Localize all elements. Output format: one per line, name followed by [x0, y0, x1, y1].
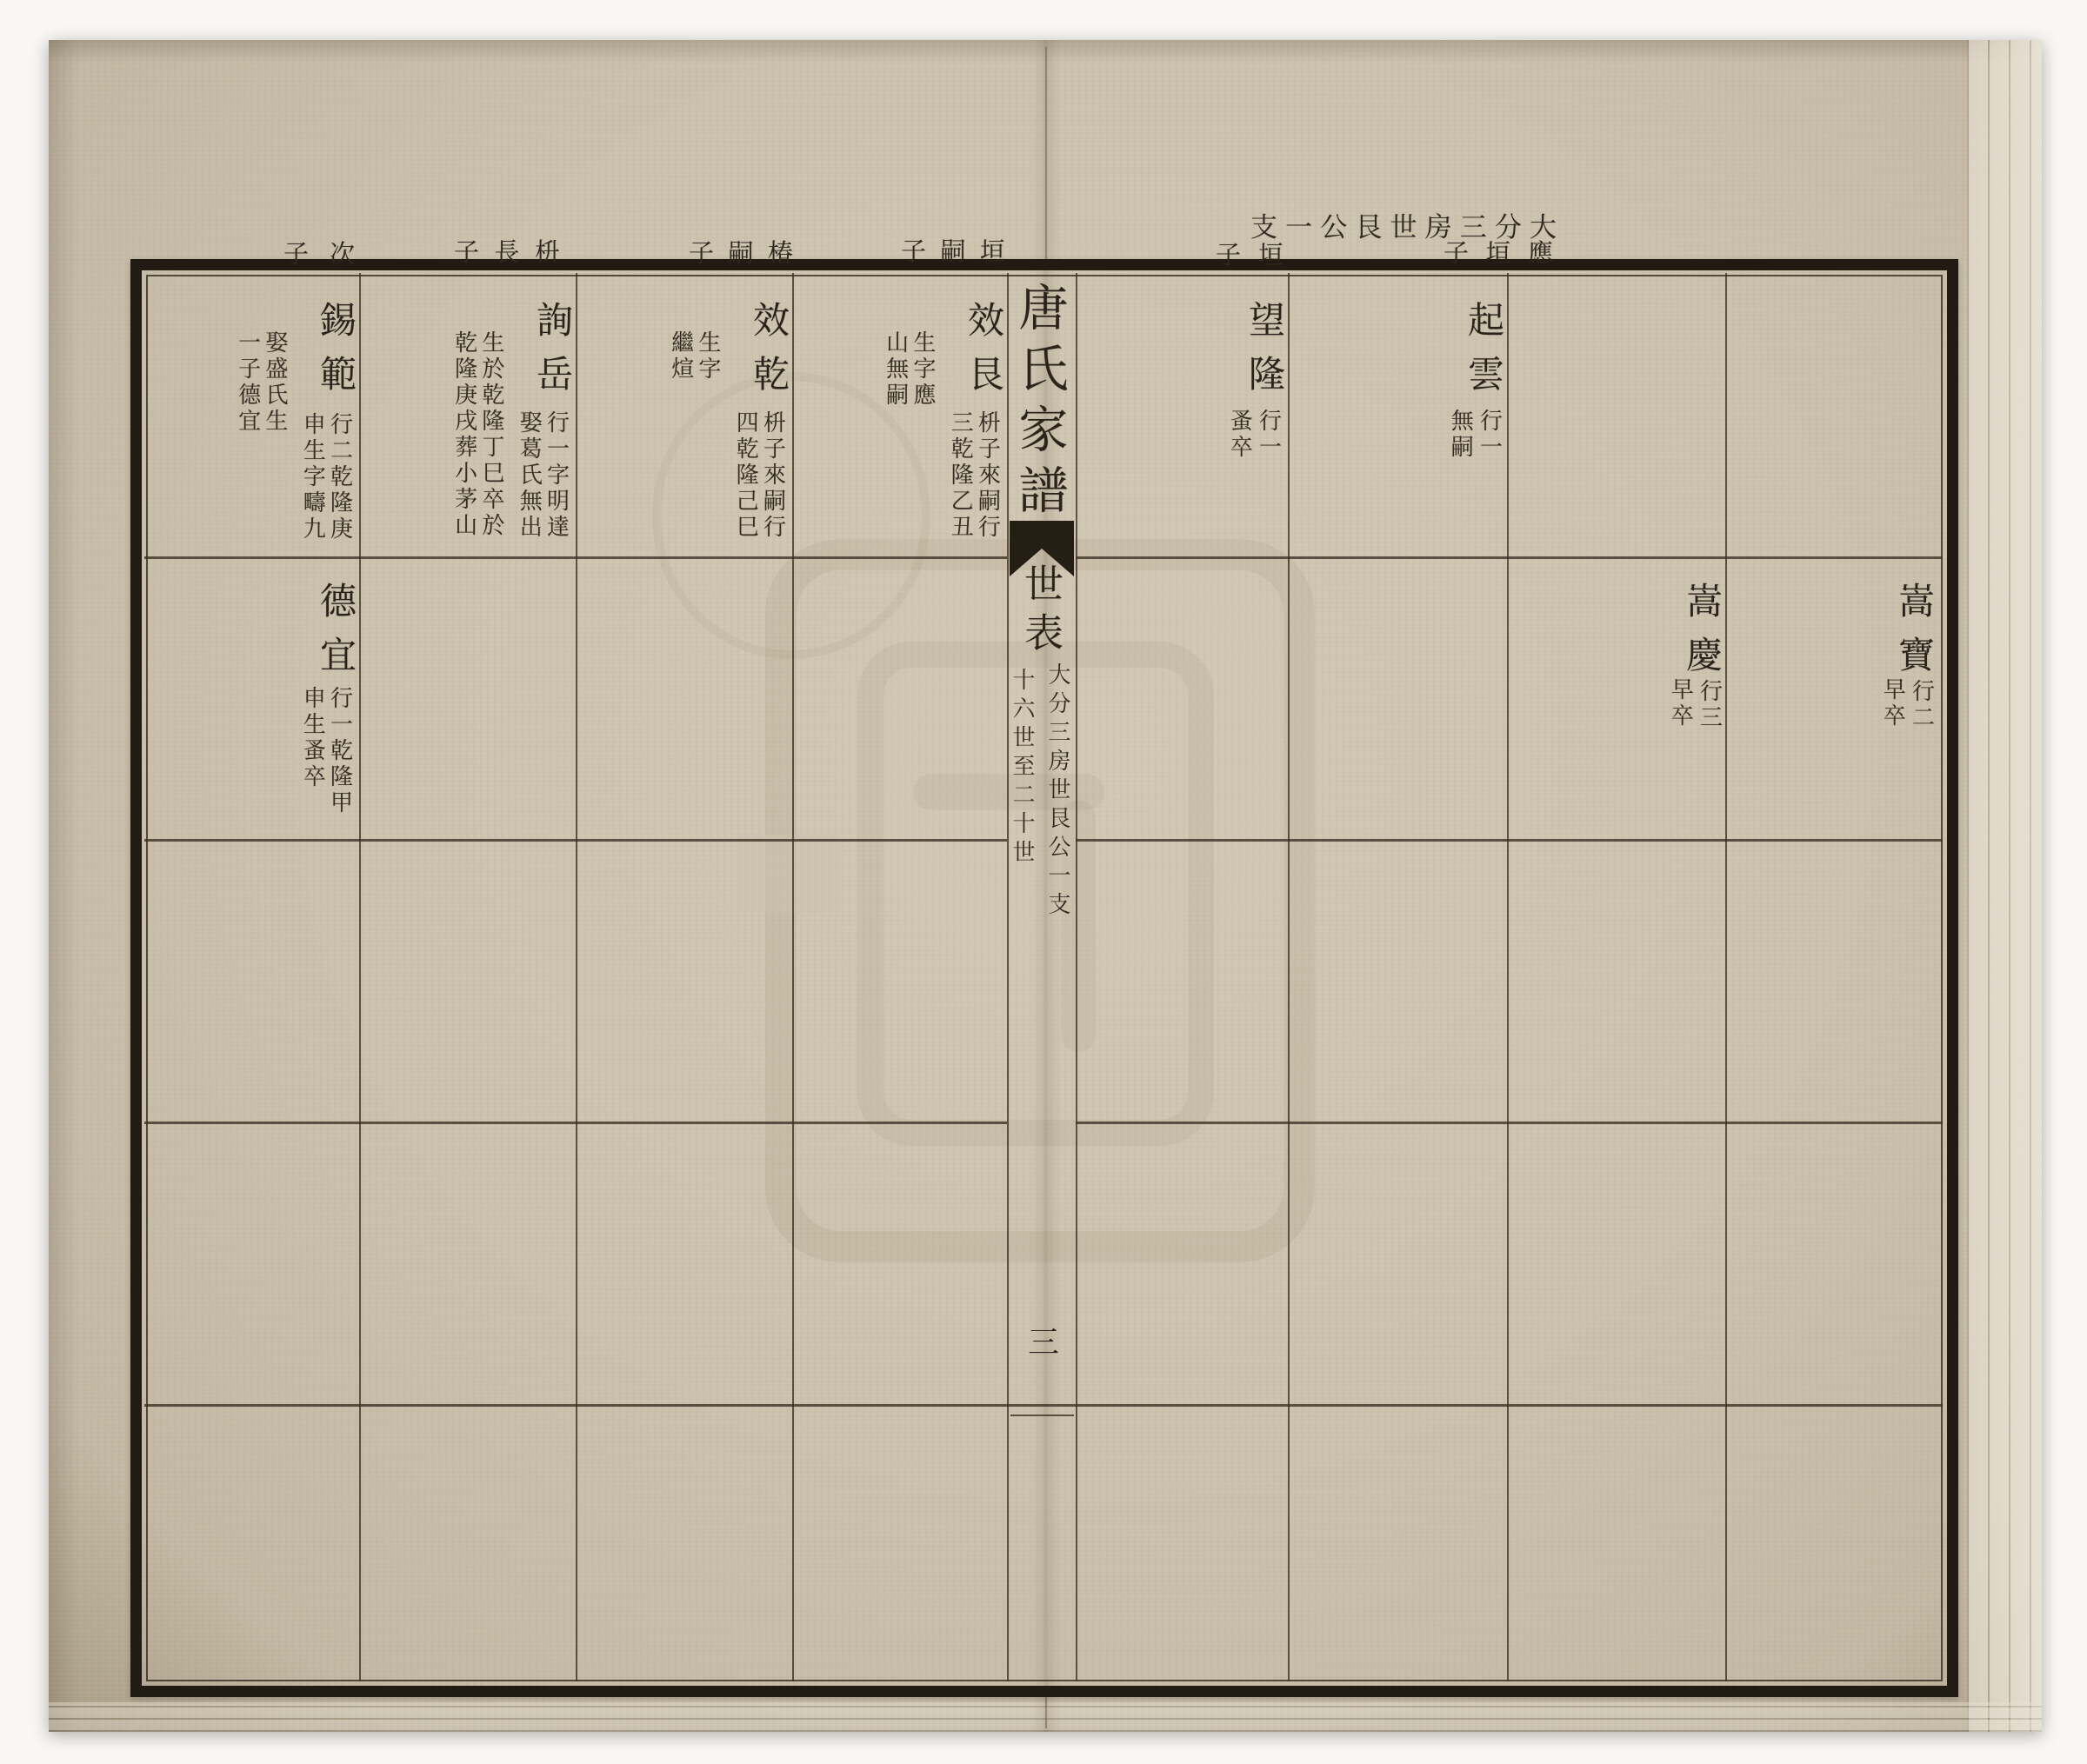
father-label: 枡長子 — [454, 233, 560, 269]
table-grid-line — [144, 1404, 1943, 1407]
center-fold-line-top — [1045, 47, 1047, 261]
person-entry: 德宜行一乾隆甲申生蚤卒 — [301, 582, 354, 835]
person-annotation-column: 繼煊 — [669, 330, 692, 555]
label-char: 垣 — [1258, 236, 1284, 271]
person-entry: 望隆行一蚤卒 — [1228, 301, 1283, 555]
table-grid-line — [1007, 273, 1009, 1681]
label-char: 垣 — [980, 232, 1005, 268]
page-number: 三 — [1023, 1318, 1064, 1362]
father-label: 次子 — [283, 235, 355, 270]
label-char: 艮 — [1355, 205, 1382, 244]
person-entry: 詢岳行一字明達娶葛氏無出生於乾隆丁巳卒於乾隆庚戌葬小茅山 — [452, 301, 570, 555]
person-annotation-column: 枡子來嗣行 — [976, 410, 999, 555]
father-label: 垣嗣子 — [901, 232, 1005, 268]
label-char: 嗣 — [940, 232, 965, 268]
table-grid-line — [1076, 1122, 1943, 1124]
person-annotation-column: 申生蚤卒 — [301, 686, 324, 835]
father-label: 椿嗣子 — [689, 234, 793, 270]
label-char: 椿 — [768, 234, 793, 270]
person-annotation-column: 三乾隆乙丑 — [949, 410, 972, 555]
fold-branch-label: 大分三房世艮公一支 — [1046, 662, 1069, 921]
table-grid-line — [144, 1122, 1007, 1124]
table-grid-line — [1076, 273, 1077, 1681]
book-title: 唐氏家譜 — [1014, 282, 1064, 525]
table-grid-line — [144, 839, 1007, 842]
section-title: 世表 — [1020, 563, 1059, 661]
person-annotation-column: 蚤卒 — [1228, 409, 1251, 555]
person-annotation-column: 四乾隆己巳 — [734, 410, 757, 555]
person-entry: 效艮枡子來嗣行三乾隆乙丑生字應山無嗣 — [883, 301, 1002, 555]
person-annotation-column: 娶葛氏無出 — [517, 410, 541, 555]
person-annotation-column: 行一 — [1477, 409, 1501, 555]
person-entry: 嵩慶行三早卒 — [1669, 582, 1720, 835]
person-annotation-column: 無嗣 — [1449, 409, 1472, 555]
person-annotation-column: 申生字疇九 — [301, 412, 324, 555]
table-grid-line — [1076, 556, 1943, 559]
person-annotation-column: 生於乾隆丁巳卒於 — [480, 330, 503, 555]
label-char: 子 — [1216, 236, 1241, 271]
page-stack-fore-edge — [1967, 40, 2042, 1732]
label-char: 應 — [1528, 234, 1553, 270]
table-grid-line — [1076, 839, 1943, 842]
person-annotation-column: 行三 — [1697, 679, 1721, 835]
table-grid-line — [1507, 273, 1509, 1681]
table-grid-line — [792, 273, 794, 1681]
person-entry: 效乾枡子來嗣行四乾隆己巳生字繼煊 — [669, 301, 787, 555]
table-grid-line — [1010, 1415, 1074, 1416]
person-entry: 錫範行二乾隆庚申生字疇九娶盛氏生一子德宜 — [236, 301, 354, 555]
table-grid-line — [1725, 273, 1727, 1681]
label-char: 次 — [330, 235, 355, 270]
person-annotation-column: 生字 — [697, 330, 720, 555]
person-annotation-column: 枡子來嗣行 — [761, 410, 784, 555]
person-annotation-column: 生字應 — [911, 330, 935, 555]
person-annotation-column: 早卒 — [1669, 677, 1692, 835]
person-annotation-column: 一子德宜 — [236, 330, 259, 555]
person-annotation-column: 行一字明達 — [544, 410, 568, 555]
label-char: 嗣 — [728, 234, 753, 270]
person-entry: 起雲行一無嗣 — [1449, 301, 1502, 555]
person-annotation-column: 行二 — [1910, 679, 1933, 835]
father-label: 垣子 — [1216, 236, 1284, 271]
label-char: 子 — [689, 234, 714, 270]
person-annotation-column: 乾隆庚戌葬小茅山 — [452, 330, 476, 555]
label-char: 枡 — [535, 233, 560, 269]
table-grid-line — [359, 273, 361, 1681]
label-char: 長 — [494, 233, 519, 269]
label-char: 子 — [283, 235, 309, 270]
father-label: 應垣子 — [1444, 234, 1553, 270]
label-char: 世 — [1390, 205, 1417, 244]
person-annotation-column: 行一乾隆甲 — [328, 686, 351, 835]
fold-generation-range: 十六世至二十世 — [1010, 668, 1033, 869]
person-annotation-column: 行一 — [1257, 409, 1280, 555]
table-grid-line — [576, 273, 577, 1681]
table-grid-line — [144, 556, 1007, 559]
center-fold-line-bottom — [1045, 1697, 1047, 1728]
label-char: 垣 — [1485, 234, 1510, 270]
genealogy-page-scan: 唐氏家譜 世表 大分三房世艮公一支 十六世至二十世 三 大分三房世艮公一支應垣子… — [0, 0, 2087, 1764]
label-char: 子 — [901, 232, 926, 268]
person-annotation-column: 早卒 — [1881, 677, 1904, 835]
label-char: 子 — [454, 233, 479, 269]
person-entry: 嵩寶行二早卒 — [1881, 582, 1932, 835]
label-char: 一 — [1285, 205, 1312, 244]
person-annotation-column: 山無嗣 — [883, 330, 907, 555]
person-annotation-column: 行二乾隆庚 — [328, 412, 351, 555]
table-grid-line — [1288, 273, 1290, 1681]
label-char: 公 — [1320, 205, 1347, 244]
person-annotation-column: 娶盛氏生 — [263, 330, 287, 555]
label-char: 子 — [1444, 234, 1469, 270]
